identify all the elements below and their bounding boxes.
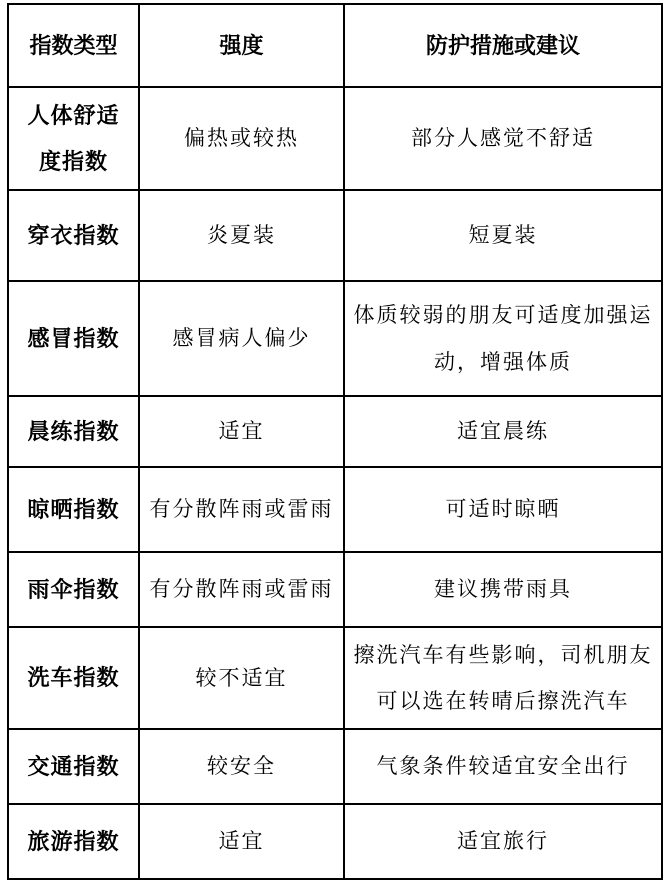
- index-type-cell: 雨伞指数: [8, 552, 139, 627]
- strength-cell: 较安全: [139, 729, 344, 804]
- index-type-cell: 晨练指数: [8, 396, 139, 467]
- table-row: 旅游指数适宜适宜旅行: [8, 804, 662, 879]
- advice-cell: 擦洗汽车有些影响，司机朋友可以选在转晴后擦洗汽车: [344, 627, 662, 729]
- advice-cell: 短夏装: [344, 190, 662, 281]
- advice-cell: 建议携带雨具: [344, 552, 662, 627]
- index-type-cell: 洗车指数: [8, 627, 139, 729]
- strength-cell: 感冒病人偏少: [139, 281, 344, 396]
- table-row: 穿衣指数炎夏装短夏装: [8, 190, 662, 281]
- strength-cell: 较不适宜: [139, 627, 344, 729]
- strength-cell: 偏热或较热: [139, 87, 344, 190]
- advice-cell: 气象条件较适宜安全出行: [344, 729, 662, 804]
- advice-cell: 可适时晾晒: [344, 467, 662, 552]
- index-type-cell: 人体舒适度指数: [8, 87, 139, 190]
- strength-cell: 有分散阵雨或雷雨: [139, 552, 344, 627]
- strength-cell: 适宜: [139, 396, 344, 467]
- table-body: 人体舒适度指数偏热或较热部分人感觉不舒适穿衣指数炎夏装短夏装感冒指数感冒病人偏少…: [8, 87, 662, 879]
- table-row: 雨伞指数有分散阵雨或雷雨建议携带雨具: [8, 552, 662, 627]
- column-header-index-type: 指数类型: [8, 4, 139, 87]
- strength-cell: 有分散阵雨或雷雨: [139, 467, 344, 552]
- advice-cell: 部分人感觉不舒适: [344, 87, 662, 190]
- table-row: 人体舒适度指数偏热或较热部分人感觉不舒适: [8, 87, 662, 190]
- weather-index-table: 指数类型 强度 防护措施或建议 人体舒适度指数偏热或较热部分人感觉不舒适穿衣指数…: [7, 3, 663, 880]
- table-row: 晨练指数适宜适宜晨练: [8, 396, 662, 467]
- index-type-cell: 交通指数: [8, 729, 139, 804]
- table-row: 交通指数较安全气象条件较适宜安全出行: [8, 729, 662, 804]
- header-row: 指数类型 强度 防护措施或建议: [8, 4, 662, 87]
- index-type-cell: 穿衣指数: [8, 190, 139, 281]
- table-row: 晾晒指数有分散阵雨或雷雨可适时晾晒: [8, 467, 662, 552]
- page: 指数类型 强度 防护措施或建议 人体舒适度指数偏热或较热部分人感觉不舒适穿衣指数…: [0, 0, 668, 882]
- advice-cell: 适宜晨练: [344, 396, 662, 467]
- column-header-advice: 防护措施或建议: [344, 4, 662, 87]
- strength-cell: 适宜: [139, 804, 344, 879]
- column-header-strength: 强度: [139, 4, 344, 87]
- index-type-cell: 旅游指数: [8, 804, 139, 879]
- strength-cell: 炎夏装: [139, 190, 344, 281]
- table-row: 感冒指数感冒病人偏少体质较弱的朋友可适度加强运动，增强体质: [8, 281, 662, 396]
- advice-cell: 适宜旅行: [344, 804, 662, 879]
- index-type-cell: 感冒指数: [8, 281, 139, 396]
- table-header: 指数类型 强度 防护措施或建议: [8, 4, 662, 87]
- advice-cell: 体质较弱的朋友可适度加强运动，增强体质: [344, 281, 662, 396]
- table-row: 洗车指数较不适宜擦洗汽车有些影响，司机朋友可以选在转晴后擦洗汽车: [8, 627, 662, 729]
- index-type-cell: 晾晒指数: [8, 467, 139, 552]
